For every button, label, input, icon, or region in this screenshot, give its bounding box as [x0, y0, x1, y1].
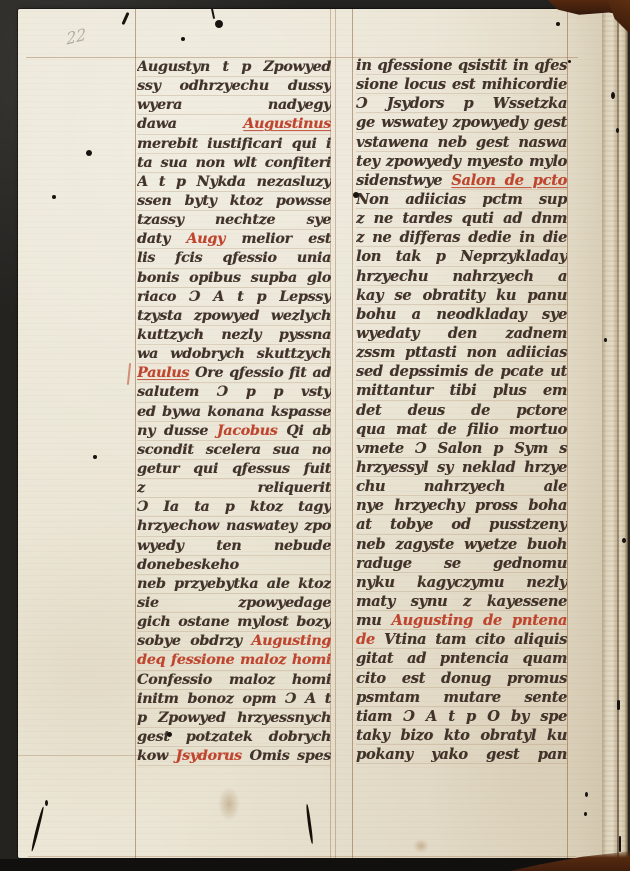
- manuscript-line: getur qui qfessus fuit: [137, 460, 331, 479]
- ink-text: riaco Ɔ A t p Lepssy gest: [137, 289, 331, 307]
- ink-text: hrzyechu nahrzyech a nemess: [356, 268, 567, 286]
- ink-text: bonis opibus supba glo: [137, 270, 331, 286]
- ink-text: ge wswatey zpowyedy gest: [356, 114, 567, 131]
- manuscript-line: bonis opibus supba glo: [137, 269, 331, 288]
- manuscript-line: nye hrzyechy pross boha: [356, 496, 567, 515]
- ink-text: lis fcis qfessio unia quam in: [137, 250, 331, 268]
- ruling-line: [135, 9, 136, 858]
- ink-text: tzassy nechtze sye zpowye: [137, 212, 331, 230]
- manuscript-line: mu Augusting de pntena: [356, 611, 567, 630]
- ink-text: ssen byty ktoz powsse swe: [137, 193, 331, 211]
- ink-text: donebeskeho kralewstwie: [137, 557, 239, 575]
- ink-text: kay se obratity ku panu: [356, 287, 567, 304]
- ink-text: Ore qfessio fit ad: [189, 365, 331, 381]
- ink-speck: [556, 22, 560, 26]
- ink-text: sie zpowyedage hrzyechow: [137, 595, 331, 613]
- ink-text: sed depssimis de pcate ut di: [356, 363, 567, 381]
- ink-text: maty synu z kayessene: [356, 593, 567, 610]
- ink-text: raduge se gednomu hrzyess: [356, 555, 567, 573]
- manuscript-line: deq fessione maloz homi: [137, 651, 331, 670]
- manuscript-line: gich ostane mylost bozy: [137, 613, 331, 632]
- manuscript-line: ssy odhrzyechu dussy tay ot: [137, 77, 331, 96]
- ink-speck: [353, 192, 359, 198]
- manuscript-line: kow Jsydorus Omis spes: [137, 747, 331, 766]
- ink-text: Qi ab: [277, 423, 331, 439]
- book-fore-edge: [602, 0, 628, 862]
- manuscript-line: vstawena neb gest naswa: [356, 133, 567, 152]
- ink-text: wyedy ten nebude posslan: [137, 538, 331, 556]
- manuscript-line: hrzyessyl sy neklad hrzye: [356, 458, 567, 477]
- ink-text: tzysta zpowyed wezlych s: [137, 308, 331, 326]
- ink-text: gich ostane mylost bozy: [137, 614, 331, 630]
- manuscript-line: kay se obratity ku panu: [356, 286, 567, 305]
- ink-text: sobye obdrzy: [137, 633, 251, 649]
- ink-text: taky bizo kto obratyl ku: [356, 727, 567, 744]
- rubric-text: Augustinus: [243, 116, 331, 132]
- ruling-line: [567, 9, 568, 858]
- ink-text: zssm pttasti non adiicias itez: [356, 344, 567, 362]
- ink-text: wa wdobrych skuttzych: [137, 346, 331, 362]
- ink-text: at tobye od pusstzeny budu: [356, 516, 567, 534]
- manuscript-line: taky bizo kto obratyl ku: [356, 726, 567, 745]
- ink-speck: [617, 700, 620, 710]
- manuscript-line: z ne differas dedie in die Ɔ Sa: [356, 228, 567, 247]
- ink-text: Augustyn t p Zpowyed tzy: [137, 59, 331, 77]
- rubric-text: Jsydorus: [176, 748, 242, 764]
- manuscript-line: tzysta zpowyed wezlych s: [137, 307, 331, 326]
- manuscript-line: chu nahrzyech ale zadrzew: [356, 477, 567, 496]
- ink-text: A t p Nykda nezasluzy spa: [137, 174, 331, 192]
- manuscript-line: p Zpowyed hrzyessnych lydy: [137, 709, 331, 728]
- ink-text: neb zagyste wyetze buoh: [356, 536, 567, 553]
- manuscript-line: gest potzatek dobrych skut: [137, 728, 331, 747]
- manuscript-line: Ɔ Jsydors p Wssetzka nadye: [356, 94, 567, 113]
- ink-text: qua mat de filio mortuo re: [356, 421, 567, 439]
- rubric-text: Jacobus: [217, 423, 278, 439]
- manuscript-line: at tobye od pusstzeny budu: [356, 515, 567, 534]
- manuscript-line: lon tak p Neprzykladay: [356, 247, 567, 266]
- ink-text: bohu a neodkladay sye zpo: [356, 306, 567, 324]
- manuscript-line: ed bywa konana kspasse: [137, 403, 331, 422]
- ink-text: Ɔ Ia ta p ktoz tagy swych: [137, 499, 331, 517]
- manuscript-line: det deus de pctore pnitete: [356, 401, 567, 420]
- manuscript-line: ny dusse Jacobus Qi ab: [137, 422, 331, 441]
- ink-text: vstawena neb gest naswa: [356, 134, 567, 151]
- manuscript-line: gitat ad pntencia quam: [356, 649, 567, 668]
- ink-text: salutem Ɔ p p vsty zpowy: [137, 384, 331, 402]
- manuscript-line: zssm pttasti non adiicias itez: [356, 343, 567, 362]
- ink-text: Omis spes: [242, 748, 331, 764]
- ink-text: gitat ad pntencia quam: [356, 650, 567, 667]
- manuscript-line: cito est donug promus: [356, 669, 567, 688]
- ink-speck: [181, 37, 185, 41]
- ink-text: hrzyechow naswatey zpo: [137, 518, 331, 534]
- ink-text: wyedaty den zadnem: [356, 325, 567, 342]
- ink-text: neb przyebytka ale ktoz: [137, 576, 331, 592]
- manuscript-line: initm bonoz opm Ɔ A t: [137, 690, 331, 709]
- manuscript-line: hrzyechow naswatey zpo: [137, 517, 331, 536]
- manuscript-line: Non adiicias pctm sup pctm: [356, 190, 567, 209]
- ink-text: chu nahrzyech ale zadrzew: [356, 478, 567, 496]
- manuscript-line: Paulus Ore qfessio fit ad: [137, 364, 331, 383]
- manuscript-line: maty synu z kayessene: [356, 592, 567, 611]
- manuscript-line: wyedy ten nebude posslan: [137, 537, 331, 556]
- ink-text: kow: [137, 748, 176, 764]
- manuscript-line: pokany yako gest pan: [356, 745, 567, 764]
- ink-text: tey zpowyedy myesto mylo: [356, 153, 567, 170]
- manuscript-line: de Vtina tam cito aliquis: [356, 630, 567, 649]
- ink-text: z reliquerit misericordiam: [137, 480, 331, 498]
- ink-text: mu: [356, 612, 392, 629]
- manuscript-line: sione locus est mihicordie: [356, 75, 567, 94]
- rubric-text: Augusting de pntena: [392, 612, 567, 629]
- ink-speck: [604, 338, 607, 342]
- ink-speck: [616, 128, 619, 133]
- ink-text: merebit iustificari qui i vi: [137, 136, 331, 154]
- ink-text: nyku kagyczymu nezly: [356, 574, 567, 591]
- ink-text: mittantur tibi plus em gau: [356, 382, 567, 400]
- ink-text: Confessio maloz homi est: [137, 672, 331, 690]
- ink-text: in qfessione qsistit in qfes: [356, 57, 567, 74]
- manuscript-line: daty Augy melior est ima: [137, 230, 331, 249]
- manuscript-line: Ɔ Ia ta p ktoz tagy swych: [137, 498, 331, 517]
- manuscript-line: sobye obdrzy Augusting: [137, 632, 331, 651]
- stain: [413, 839, 429, 853]
- manuscript-line: tiam Ɔ A t p O by spe: [356, 707, 567, 726]
- manuscript-line: sed depssimis de pcate ut di: [356, 362, 567, 381]
- rubric-text: Augy: [186, 231, 225, 247]
- ink-text: lon tak p Neprzykladay: [356, 248, 567, 265]
- manuscript-line: in qfessione qsistit in qfes: [356, 56, 567, 75]
- manuscript-line: Augustyn t p Zpowyed tzy: [137, 58, 331, 77]
- manuscript-line: bohu a neodkladay sye zpo: [356, 305, 567, 324]
- manuscript-line: scondit scelera sua no diri: [137, 441, 331, 460]
- manuscript-line: neb przyebytka ale ktoz: [137, 575, 331, 594]
- ink-speck: [167, 732, 172, 737]
- manuscript-line: wyedaty den zadnem Idem: [356, 324, 567, 343]
- manuscript-line: donebeskeho kralewstwie: [137, 556, 331, 575]
- manuscript-line: salutem Ɔ p p vsty zpowy: [137, 383, 331, 402]
- ink-text: scondit scelera sua no diri: [137, 442, 331, 460]
- ink-text: Vtina tam cito aliquis: [375, 631, 567, 648]
- ink-text: gest potzatek dobrych skut: [137, 729, 331, 747]
- ink-speck: [622, 538, 626, 543]
- manuscript-line: merebit iustificari qui i vi: [137, 135, 331, 154]
- ink-speck: [611, 92, 615, 99]
- ruling-line: [335, 9, 336, 858]
- manuscript-line: raduge se gednomu hrzyess: [356, 554, 567, 573]
- manuscript-line: ta sua non wlt confiteri Ɔ: [137, 154, 331, 173]
- manuscript-line: ge wswatey zpowyedy gest: [356, 113, 567, 132]
- ink-text: tiam Ɔ A t p O by spe: [356, 708, 567, 725]
- ink-text: initm bonoz opm Ɔ A t: [137, 691, 331, 707]
- ink-text: sidenstwye: [356, 172, 451, 189]
- manuscript-line: psmtam mutare sente: [356, 688, 567, 707]
- manuscript-line: neb zagyste wyetze buoh: [356, 535, 567, 554]
- folio-number: 22: [66, 24, 86, 48]
- photo-background: Augustyn t p Zpowyed tzyssy odhrzyechu d…: [0, 0, 630, 871]
- rubric-text: de: [356, 631, 375, 648]
- ink-text: wyera nadyegy kspasseny: [137, 97, 331, 115]
- manuscript-line: lis fcis qfessio unia quam in: [137, 249, 331, 268]
- ink-speck: [86, 150, 92, 156]
- ink-text: vmete Ɔ Salon p Sym s: [356, 440, 567, 457]
- ink-text: Non adiicias pctm sup pctm: [356, 191, 567, 209]
- ink-speck: [215, 20, 223, 28]
- ink-speck: [93, 455, 97, 459]
- ink-text: Ɔ Jsydors p Wssetzka nadye: [356, 95, 567, 113]
- ink-text: sione locus est mihicordie: [356, 76, 567, 93]
- manuscript-line: wa wdobrych skuttzych: [137, 345, 331, 364]
- manuscript-line: z reliquerit misericordiam: [137, 479, 331, 498]
- manuscript-line: hrzyechu nahrzyech a nemess: [356, 267, 567, 286]
- manuscript-line: z ne tardes quti ad dnm: [356, 209, 567, 228]
- ink-text: dawa: [137, 116, 243, 132]
- ink-text: hrzyessyl sy neklad hrzye: [356, 459, 567, 476]
- ink-speck: [585, 792, 588, 797]
- text-column-right: in qfessione qsistit in qfessione locus …: [356, 56, 567, 764]
- ink-text: p Zpowyed hrzyessnych lydy: [137, 710, 331, 728]
- manuscript-line: kuttzych nezly pyssna slo: [137, 326, 331, 345]
- rubric-text: deq fessione maloz homi: [137, 652, 331, 668]
- stain: [218, 787, 240, 821]
- manuscript-line: sidenstwye Salon de pcto: [356, 171, 567, 190]
- manuscript-line: tey zpowyedy myesto mylo: [356, 152, 567, 171]
- ink-text: det deus de pctore pnitete: [356, 402, 567, 420]
- ink-text: ed bywa konana kspasse: [137, 404, 331, 420]
- ink-speck: [619, 836, 621, 852]
- manuscript-line: Confessio maloz homi est: [137, 671, 331, 690]
- manuscript-line: riaco Ɔ A t p Lepssy gest: [137, 288, 331, 307]
- rubric-text: Salon de pcto: [451, 172, 567, 189]
- rubric-text: Paulus: [137, 365, 189, 381]
- manuscript-line: dawa Augustinus Nunquid: [137, 115, 331, 134]
- ink-text: ta sua non wlt confiteri Ɔ: [137, 155, 331, 173]
- rubric-text: Augusting: [251, 633, 331, 649]
- ink-text: getur qui qfessus fuit: [137, 461, 331, 477]
- ink-speck: [45, 800, 48, 806]
- manuscript-page: Augustyn t p Zpowyed tzyssy odhrzyechu d…: [18, 9, 602, 858]
- ink-text: cito est donug promus: [356, 670, 567, 687]
- manuscript-line: tzassy nechtze sye zpowye: [137, 211, 331, 230]
- manuscript-line: sie zpowyedage hrzyechow: [137, 594, 331, 613]
- ink-text: ny dusse: [137, 423, 217, 439]
- ink-text: nye hrzyechy pross boha: [356, 497, 567, 514]
- ruling-line: [28, 856, 576, 857]
- manuscript-line: qua mat de filio mortuo re: [356, 420, 567, 439]
- ink-speck: [52, 195, 56, 199]
- ink-text: psmtam mutare sente: [356, 689, 567, 706]
- manuscript-line: wyera nadyegy kspasseny: [137, 96, 331, 115]
- ink-text: kuttzych nezly pyssna slo: [137, 327, 331, 345]
- ink-text: ssy odhrzyechu dussy tay ot: [137, 78, 331, 96]
- ink-text: pokany yako gest pan: [356, 746, 567, 763]
- manuscript-line: vmete Ɔ Salon p Sym s: [356, 439, 567, 458]
- manuscript-line: nyku kagyczymu nezly: [356, 573, 567, 592]
- manuscript-line: A t p Nykda nezasluzy spa: [137, 173, 331, 192]
- ink-speck: [568, 60, 571, 63]
- ruling-line: [352, 9, 353, 858]
- ink-text: daty: [137, 231, 186, 247]
- ink-text: z ne differas dedie in die Ɔ Sa: [356, 229, 567, 247]
- text-column-left: Augustyn t p Zpowyed tzyssy odhrzyechu d…: [137, 58, 331, 766]
- manuscript-line: ssen byty ktoz powsse swe: [137, 192, 331, 211]
- ink-text: z ne tardes quti ad dnm: [356, 210, 567, 227]
- ink-speck: [584, 812, 587, 816]
- manuscript-line: mittantur tibi plus em gau: [356, 381, 567, 400]
